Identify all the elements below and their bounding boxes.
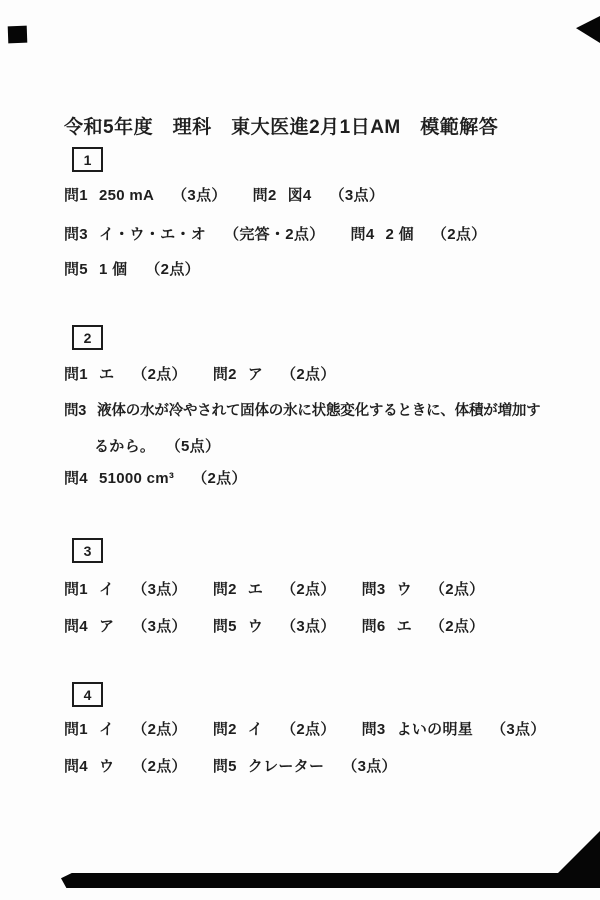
points-label: （2点） (281, 581, 336, 598)
scan-artifact-top-right (576, 16, 600, 43)
question-label: 問2 (213, 721, 237, 738)
scanned-answer-sheet: 令和5年度 理科 東大医進2月1日AM 模範解答 1 問1250 mA（3点）問… (0, 0, 600, 900)
question-label: 問6 (362, 618, 386, 635)
points-label: （3点） (342, 758, 397, 775)
question-label: 問2 (253, 187, 277, 204)
answer-text: イ (99, 581, 114, 598)
document-title: 令和5年度 理科 東大医進2月1日AM 模範解答 (64, 112, 498, 139)
answer-line-1-1: 問1250 mA（3点）問2図4（3点） (64, 184, 410, 205)
question-label: 問3 (64, 226, 88, 243)
question-label: 問1 (64, 721, 88, 738)
points-label: （5点） (173, 438, 220, 455)
question-label: 問3 (362, 581, 386, 598)
question-label: 問1 (64, 581, 88, 598)
answer-line-2-2-continuation: るから。（5点） (94, 435, 246, 456)
answer-line-1-3: 問51 個（2点） (64, 258, 226, 279)
answer-text: ウ (99, 758, 114, 775)
answer-line-2-2: 問3液体の水が冷やされて固体の氷に状態変化するときに、体積が増加す (64, 399, 558, 420)
question-label: 問4 (64, 758, 88, 775)
section-number: 2 (84, 330, 92, 346)
points-label: （2点） (145, 261, 200, 278)
question-label: 問4 (351, 226, 375, 243)
points-label: （完答・2点） (224, 226, 324, 243)
question-label: 問1 (64, 187, 88, 204)
answer-text: クレーター (248, 758, 325, 775)
question-label: 問3 (64, 403, 86, 419)
answer-text: ア (248, 366, 263, 383)
answer-line-2-1: 問1エ（2点）問2ア（2点） (64, 363, 362, 384)
answer-line-2-3: 問451000 cm³（2点） (64, 467, 273, 488)
points-label: （3点） (491, 721, 546, 738)
question-label: 問5 (213, 758, 237, 775)
points-label: （2点） (281, 366, 336, 383)
points-label: （3点） (132, 618, 187, 635)
points-label: （3点） (132, 581, 187, 598)
question-label: 問2 (213, 366, 237, 383)
answer-text: 液体の水が冷やされて固体の氷に状態変化するときに、体積が増加す (97, 403, 540, 419)
section-box-4: 4 (72, 682, 103, 707)
question-label: 問3 (362, 721, 386, 738)
question-label: 問2 (213, 581, 237, 598)
points-label: （2点） (132, 366, 187, 383)
answer-line-3-1: 問1イ（3点）問2エ（2点）問3ウ（2点） (64, 578, 510, 599)
answer-text: ウ (248, 618, 263, 635)
section-box-1: 1 (72, 147, 103, 172)
section-number: 4 (84, 687, 92, 703)
points-label: （2点） (192, 470, 247, 487)
question-label: 問1 (64, 366, 88, 383)
points-label: （2点） (430, 581, 485, 598)
scan-artifact-bottom-bar (61, 873, 600, 888)
points-label: （3点） (330, 187, 385, 204)
answer-text: ウ (397, 581, 412, 598)
points-label: （3点） (172, 187, 227, 204)
scan-artifact-top-left (8, 26, 28, 44)
answer-text: よいの明星 (397, 721, 474, 738)
section-number: 3 (84, 543, 92, 559)
points-label: （2点） (432, 226, 487, 243)
answer-text: イ (248, 721, 263, 738)
answer-line-1-2: 問3イ・ウ・エ・オ（完答・2点）問42 個（2点） (64, 223, 512, 244)
question-label: 問4 (64, 470, 88, 487)
answer-line-3-2: 問4ア（3点）問5ウ（3点）問6エ（2点） (64, 615, 510, 636)
answer-text: 2 個 (385, 226, 413, 243)
points-label: （3点） (281, 618, 336, 635)
answer-text: 51000 cm³ (99, 470, 174, 487)
points-label: （2点） (132, 721, 187, 738)
answer-text: 図4 (288, 187, 312, 204)
question-label: 問5 (213, 618, 237, 635)
points-label: （2点） (430, 618, 485, 635)
question-label: 問5 (64, 261, 88, 278)
answer-text: イ・ウ・エ・オ (99, 226, 206, 243)
answer-text: エ (397, 618, 412, 635)
answer-text: エ (99, 366, 114, 383)
answer-text: るから。 (94, 438, 155, 455)
section-box-2: 2 (72, 325, 103, 350)
scan-artifact-bottom-right (543, 831, 600, 888)
section-number: 1 (84, 152, 92, 168)
answer-line-4-2: 問4ウ（2点）問5クレーター（3点） (64, 755, 423, 776)
question-label: 問4 (64, 618, 88, 635)
points-label: （2点） (132, 758, 187, 775)
answer-text: エ (248, 581, 263, 598)
section-box-3: 3 (72, 538, 103, 563)
points-label: （2点） (281, 721, 336, 738)
answer-text: 250 mA (99, 187, 154, 204)
answer-text: 1 個 (99, 261, 127, 278)
answer-text: イ (99, 721, 114, 738)
answer-line-4-1: 問1イ（2点）問2イ（2点）問3よいの明星（3点） (64, 718, 572, 739)
answer-text: ア (99, 618, 114, 635)
